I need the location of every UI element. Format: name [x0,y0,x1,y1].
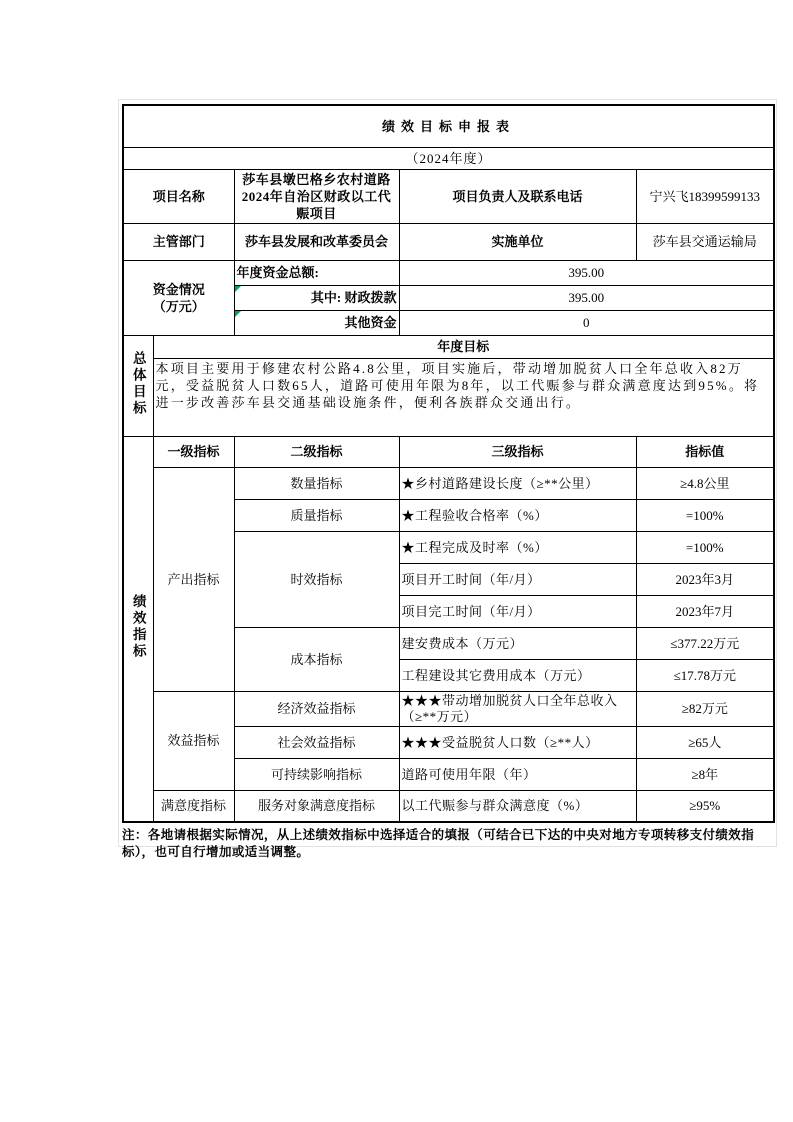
indicator-l2-cell: 社会效益指标 [234,726,399,758]
indicator-value-cell: =100% [636,499,774,531]
indicator-l3-cell: 道路可使用年限（年） [399,758,636,790]
indicator-value-cell: 2023年7月 [636,595,774,627]
indicator-l3-cell: ★★★带动增加脱贫人口全年总收入（≥**万元） [399,691,636,726]
indicator-value-cell: ≥82万元 [636,691,774,726]
indicator-l2-cell: 可持续影响指标 [234,758,399,790]
funding-fiscal-value: 395.00 [399,285,774,310]
contact-label: 项目负责人及联系电话 [399,169,636,223]
indicator-value-cell: ≥8年 [636,758,774,790]
footer-note: 注：各地请根据实际情况，从上述绩效指标中选择适合的填报（可结合已下达的中央对地方… [122,827,772,861]
funding-total-label: 年度资金总额: [234,260,399,285]
indicator-l3-cell: ★工程完成及时率（%） [399,531,636,563]
indicator-l2-cell: 数量指标 [234,467,399,499]
indicator-l2-cell: 成本指标 [234,627,399,691]
indicator-l2-cell: 服务对象满意度指标 [234,790,399,822]
project-name-label: 项目名称 [123,169,234,223]
indicator-l2-cell: 经济效益指标 [234,691,399,726]
annual-goal-header: 年度目标 [153,335,774,358]
funding-label-line2: （万元） [126,298,232,315]
indicator-value-cell: ≥95% [636,790,774,822]
indicator-l3-cell: 工程建设其它费用成本（万元） [399,659,636,691]
indicator-l1-cell: 产出指标 [153,467,234,691]
performance-target-form: 绩效目标申报表 （2024年度） 项目名称 莎车县墩巴格乡农村道路2024年自治… [122,104,775,823]
indicator-value-cell: ≥4.8公里 [636,467,774,499]
funding-label-line1: 资金情况 [126,281,232,298]
indicator-value-cell: 2023年3月 [636,563,774,595]
col-header-value: 指标值 [636,436,774,467]
funding-fiscal-label-text: 其中: 财政拨款 [311,290,397,305]
contact-value: 宁兴飞18399599133 [636,169,774,223]
indicator-value-cell: =100% [636,531,774,563]
col-header-level3: 三级指标 [399,436,636,467]
col-header-level2: 二级指标 [234,436,399,467]
sheet-container: 绩效目标申报表 （2024年度） 项目名称 莎车县墩巴格乡农村道路2024年自治… [118,99,777,847]
funding-other-value: 0 [399,310,774,335]
department-label: 主管部门 [123,223,234,260]
indicators-side-label: 绩效指标 [130,594,147,660]
form-subtitle: （2024年度） [123,147,774,169]
indicator-l1-cell: 满意度指标 [153,790,234,822]
funding-label: 资金情况 （万元） [123,260,234,335]
overall-goal-side-cell: 总体目标 [123,335,153,436]
indicator-l3-cell: ★工程验收合格率（%） [399,499,636,531]
annual-goal-text: 本项目主要用于修建农村公路4.8公里，项目实施后，带动增加脱贫人口全年总收入82… [153,358,774,436]
funding-fiscal-label: 其中: 财政拨款 [234,285,399,310]
indicator-value-cell: ≤17.78万元 [636,659,774,691]
funding-total-value: 395.00 [399,260,774,285]
implement-unit-label: 实施单位 [399,223,636,260]
cell-corner-flag-icon [235,286,241,292]
indicator-l1-cell: 效益指标 [153,691,234,790]
indicator-l3-cell: 以工代赈参与群众满意度（%） [399,790,636,822]
funding-other-label-text: 其他资金 [344,315,396,330]
implement-unit-value: 莎车县交通运输局 [636,223,774,260]
col-header-level1: 一级指标 [153,436,234,467]
indicator-l3-cell: 项目完工时间（年/月） [399,595,636,627]
cell-corner-flag-icon [235,311,241,317]
indicator-l3-cell: ★乡村道路建设长度（≥**公里） [399,467,636,499]
indicator-value-cell: ≥65人 [636,726,774,758]
indicator-l3-cell: 项目开工时间（年/月） [399,563,636,595]
overall-goal-side-label: 总体目标 [130,351,147,417]
indicators-side-cell: 绩效指标 [123,436,153,822]
indicator-value-cell: ≤377.22万元 [636,627,774,659]
indicator-l3-cell: 建安费成本（万元） [399,627,636,659]
department-value: 莎车县发展和改革委员会 [234,223,399,260]
project-name-value: 莎车县墩巴格乡农村道路2024年自治区财政以工代赈项目 [234,169,399,223]
form-title: 绩效目标申报表 [123,105,774,147]
indicator-l2-cell: 质量指标 [234,499,399,531]
funding-other-label: 其他资金 [234,310,399,335]
indicator-l3-cell: ★★★受益脱贫人口数（≥**人） [399,726,636,758]
indicator-l2-cell: 时效指标 [234,531,399,627]
